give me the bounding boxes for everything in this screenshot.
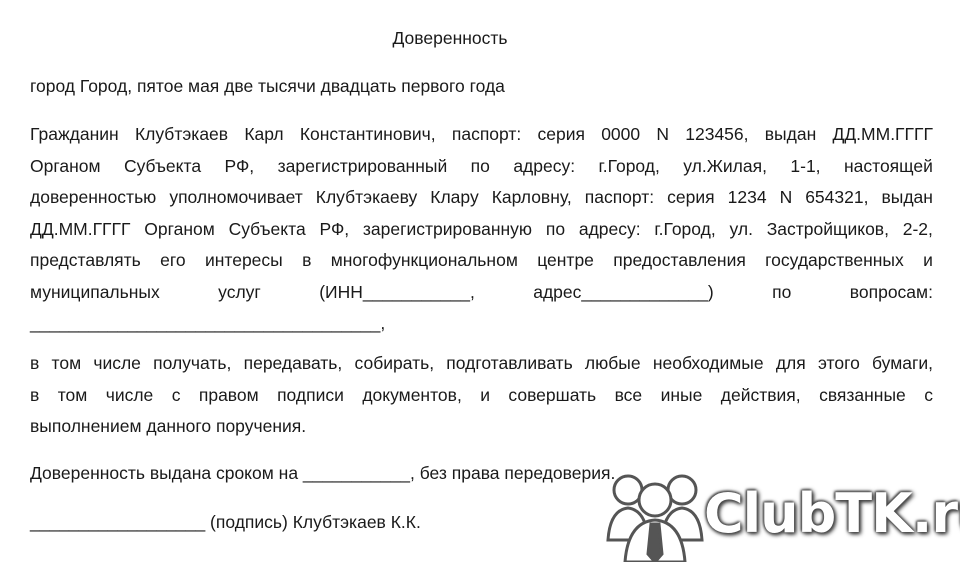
- text-line: ДД.ММ.ГГГГОрганомСубъектаРФ,зарегистриро…: [30, 219, 933, 240]
- text-line: ОрганомСубъектаРФ,зарегистрированныйпоад…: [30, 156, 933, 177]
- watermark-logo: ClubTK.ru: [600, 470, 960, 562]
- text-line: муниципальныхуслуг(ИНН___________,адрес_…: [30, 282, 933, 303]
- text-line: представлятьегоинтересывмногофункциональ…: [30, 250, 933, 271]
- text-line: втомчислеполучать,передавать,собирать,по…: [30, 353, 933, 374]
- document-title: Доверенность: [0, 28, 930, 49]
- text-line: втомчислесправомподписидокументов,исовер…: [30, 385, 933, 406]
- signature-line: __________________ (подпись) Клубтэкаев …: [30, 512, 421, 533]
- people-group-icon: [600, 470, 710, 562]
- watermark-text: ClubTK.ru: [704, 482, 960, 545]
- place-date: город Город, пятое мая две тысячи двадца…: [30, 76, 505, 97]
- text-line: ГражданинКлубтэкаевКарлКонстантинович,па…: [30, 124, 933, 145]
- text-line: доверенностьюуполномочиваетКлубтэкаевуКл…: [30, 187, 933, 208]
- term-line: Доверенность выдана сроком на __________…: [30, 463, 615, 484]
- text-line: ____________________________________,: [30, 313, 385, 334]
- text-line: выполнением данного поручения.: [30, 416, 306, 437]
